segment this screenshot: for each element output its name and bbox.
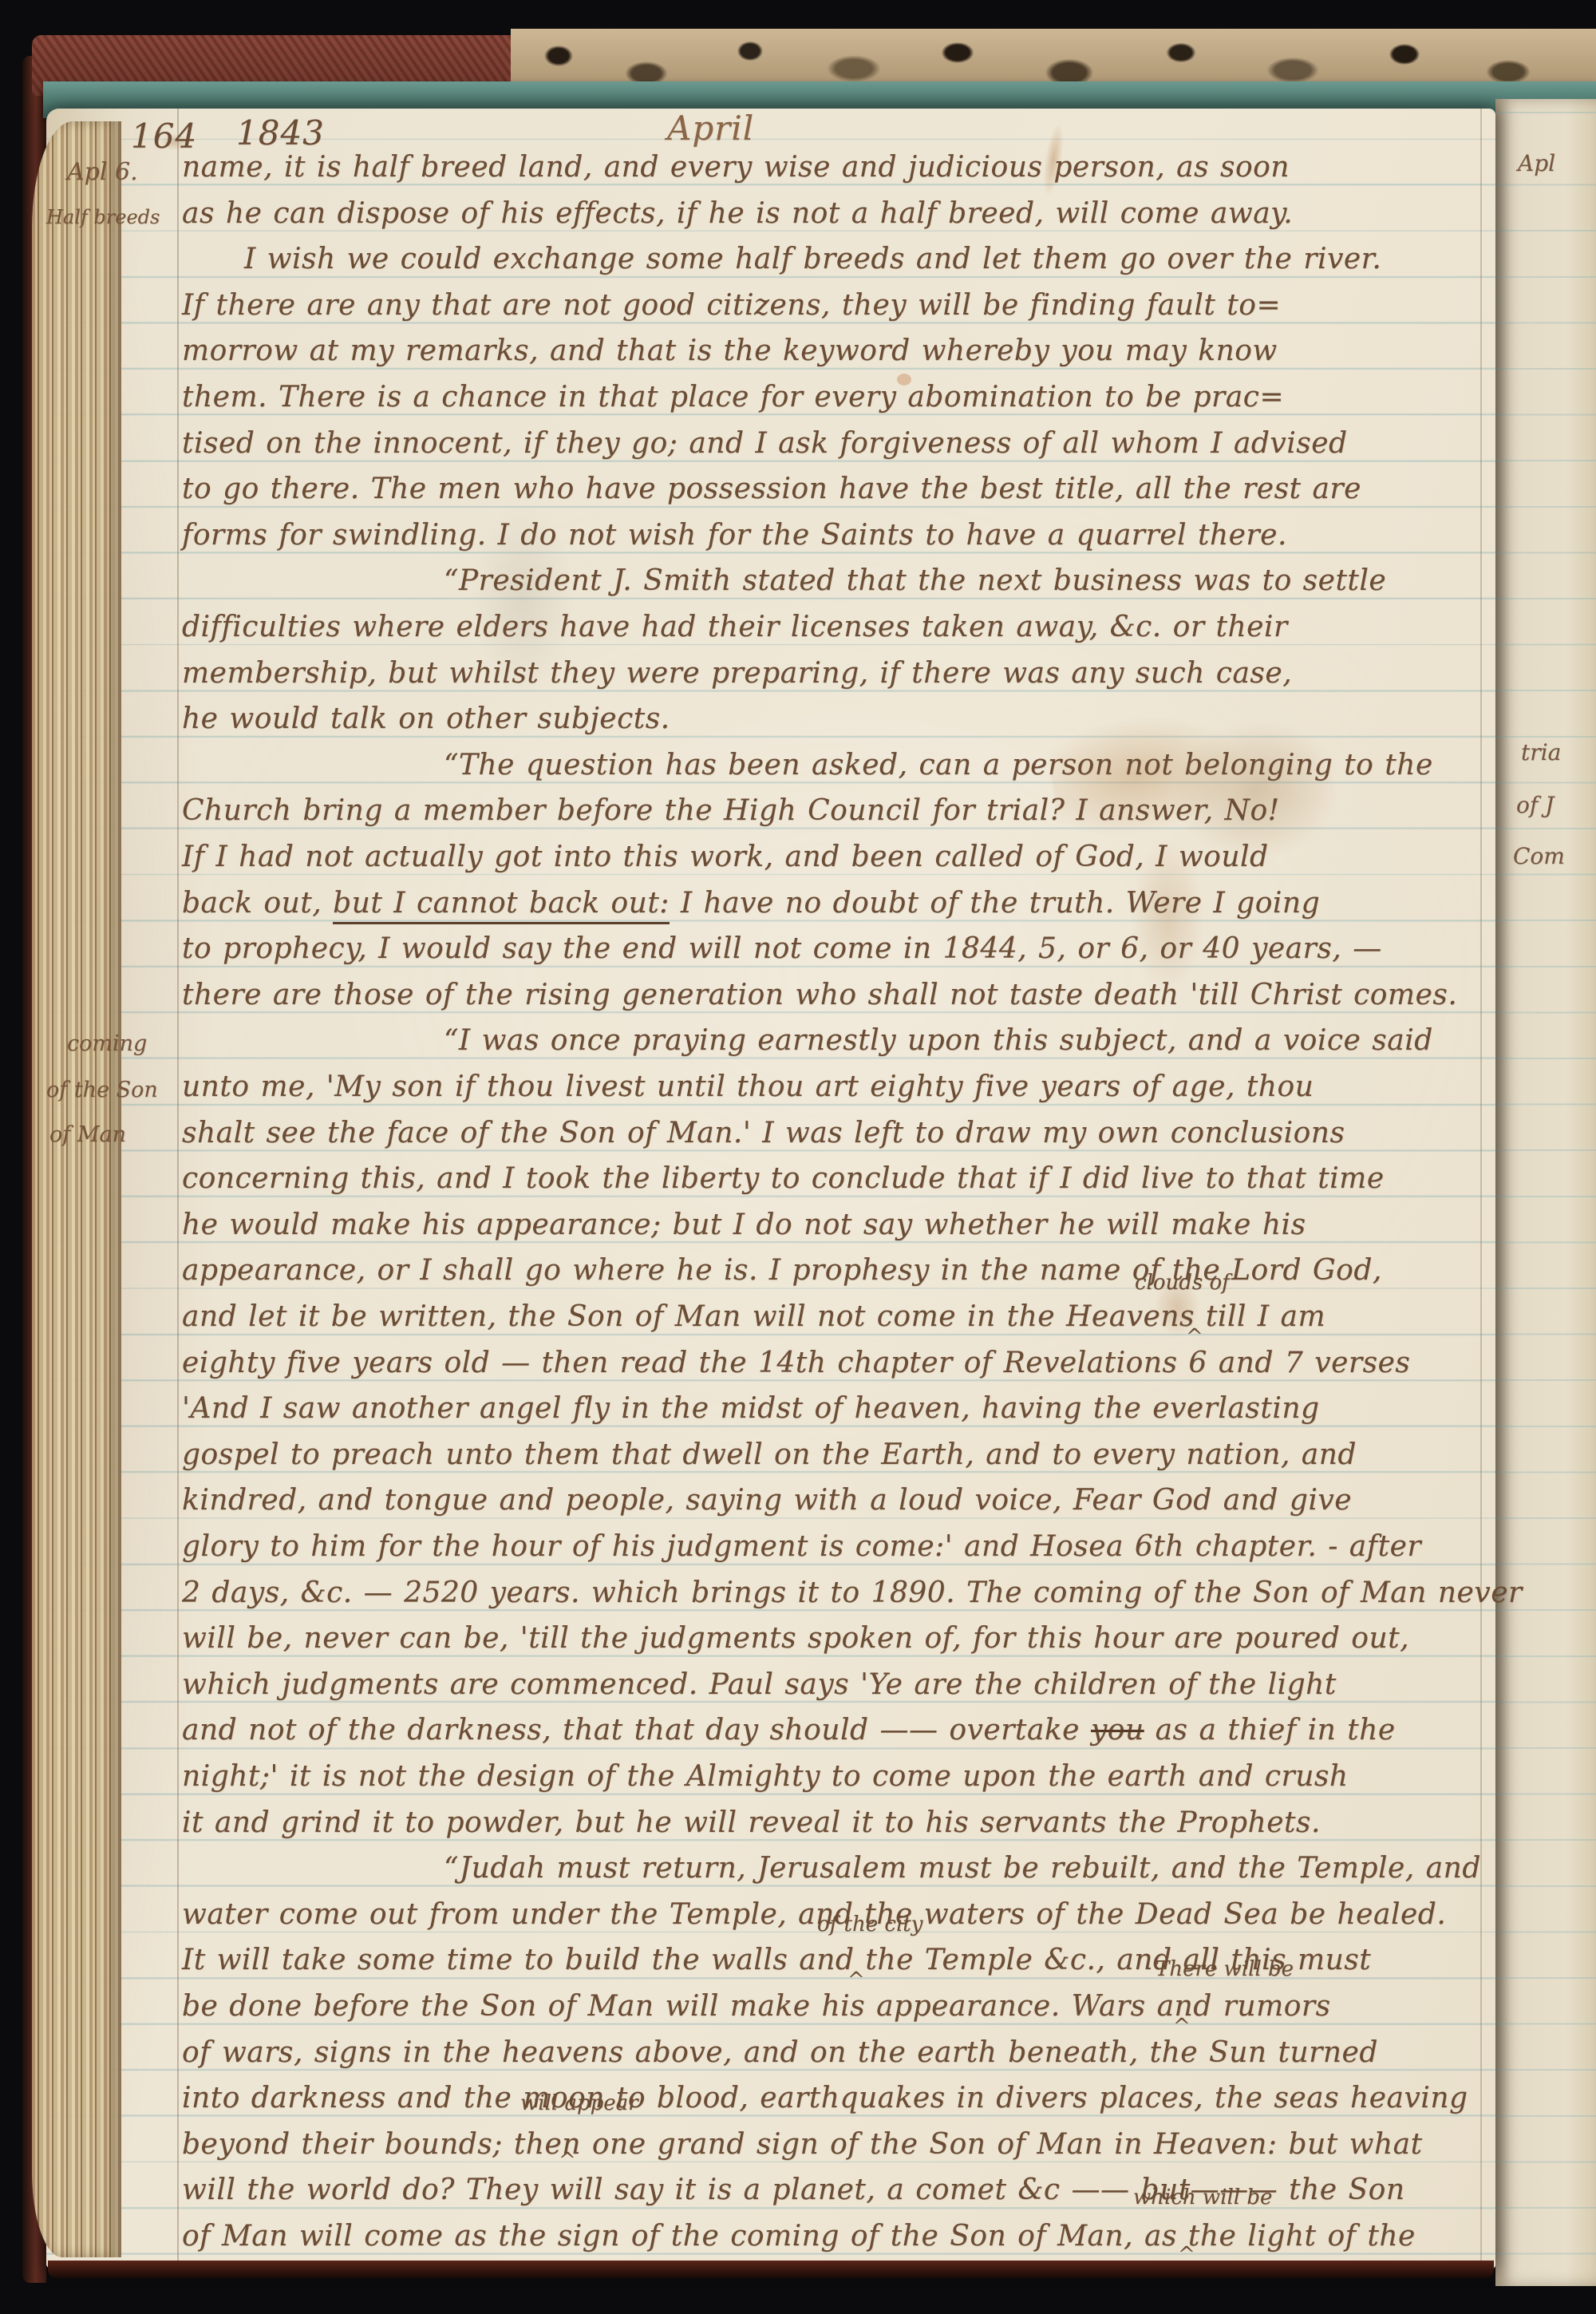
margin-note: of Man — [49, 1122, 126, 1147]
manuscript-line: “President J. Smith stated that the next… — [444, 562, 1386, 600]
manuscript-line: as he can dispose of his effects, if he … — [182, 195, 1293, 233]
manuscript-line: name, it is half breed land, and every w… — [182, 148, 1290, 187]
margin-note: Apl 6. — [67, 158, 138, 186]
manuscript-line: to go there. The men who have possession… — [182, 470, 1361, 508]
manuscript-line: 2 days, &c. — 2520 years. which brings i… — [182, 1574, 1523, 1612]
manuscript-line: morrow at my remarks, and that is the ke… — [182, 332, 1278, 370]
manuscript-line: If there are any that are not good citiz… — [182, 287, 1281, 325]
year-label: 1843 — [236, 113, 325, 152]
next-page-note: of J — [1516, 792, 1554, 818]
manuscript-line: be done before the Son of Man will make … — [182, 1988, 1331, 2026]
manuscript-line: “I was once praying earnestly upon this … — [444, 1022, 1433, 1060]
insertion-caret-mark: ^ — [847, 1968, 865, 1992]
book-bottom-edge — [48, 2261, 1494, 2278]
manuscript-line: I wish we could exchange some half breed… — [244, 240, 1381, 279]
manuscript-line: them. There is a chance in that place fo… — [182, 378, 1284, 417]
margin-note: Half breeds — [46, 206, 160, 228]
manuscript-line: kindred, and tongue and people, saying w… — [182, 1481, 1352, 1520]
manuscript-line: into darkness and the moon to blood, ear… — [182, 2079, 1468, 2118]
insertion-caret-mark: ^ — [1173, 2015, 1191, 2039]
inserted-text: will appear — [520, 2091, 638, 2115]
manuscript-line: night;' it is not the design of the Almi… — [182, 1758, 1349, 1796]
margin-note: of the Son — [46, 1078, 158, 1102]
manuscript-line: and let it be written, the Son of Man wi… — [182, 1298, 1325, 1336]
manuscript-line: which judgments are commenced. Paul says… — [182, 1666, 1337, 1704]
next-page-note: Com — [1513, 843, 1565, 869]
manuscript-line: “Judah must return, Jerusalem must be re… — [444, 1849, 1481, 1888]
manuscript-line: 'And I saw another angel fly in the mids… — [182, 1390, 1320, 1428]
manuscript-line: membership, but whilst they were prepari… — [182, 655, 1292, 693]
inserted-text: which will be — [1133, 2185, 1272, 2209]
manuscript-line: and not of the darkness, that that day s… — [182, 1711, 1396, 1750]
manuscript-line: unto me, 'My son if thou livest until th… — [182, 1068, 1314, 1106]
manuscript-line: If I had not actually got into this work… — [182, 838, 1269, 876]
next-page-note: Apl — [1518, 150, 1555, 176]
manuscript-line: gospel to preach unto them that dwell on… — [182, 1436, 1357, 1474]
manuscript-line: beyond their bounds; then one grand sign… — [182, 2126, 1423, 2164]
manuscript-line: shalt see the face of the Son of Man.' I… — [182, 1114, 1345, 1153]
inserted-text: of the city — [817, 1913, 922, 1936]
manuscript-line: there are those of the rising generation… — [182, 976, 1457, 1015]
insertion-caret-mark: ^ — [559, 2149, 576, 2173]
manuscript-line: water come out from under the Temple, an… — [182, 1896, 1446, 1934]
inserted-text: There will be — [1156, 1957, 1294, 1981]
manuscript-line: back out, but I cannot back out: I have … — [182, 884, 1320, 923]
manuscript-line: to prophecy, I would say the end will no… — [182, 930, 1382, 968]
manuscript-line: difficulties where elders have had their… — [182, 608, 1288, 647]
inserted-text: clouds of — [1135, 1271, 1230, 1295]
manuscript-line: of wars, signs in the heavens above, and… — [182, 2034, 1378, 2072]
page-edges-stack — [32, 121, 121, 2257]
left-margin-rule — [177, 109, 179, 2269]
insertion-caret-mark: ^ — [1186, 1325, 1203, 1349]
manuscript-line: “The question has been asked, can a pers… — [444, 746, 1433, 785]
manuscript-line: eighty five years old — then read the 14… — [182, 1344, 1410, 1382]
manuscript-line: will be, never can be, 'till the judgmen… — [182, 1620, 1409, 1658]
manuscript-line: forms for swindling. I do not wish for t… — [182, 516, 1287, 555]
margin-note: coming — [67, 1031, 147, 1056]
next-page-edge — [1495, 99, 1596, 2286]
next-page-note: tria — [1521, 739, 1561, 765]
manuscript-line: of Man will come as the sign of the comi… — [182, 2217, 1416, 2256]
manuscript-line: Church bring a member before the High Co… — [182, 792, 1280, 830]
manuscript-line: glory to him for the hour of his judgmen… — [182, 1528, 1421, 1566]
insertion-caret-mark: ^ — [1178, 2243, 1195, 2267]
manuscript-line: tised on the innocent, if they go; and I… — [182, 425, 1348, 463]
manuscript-line: concerning this, and I took the liberty … — [182, 1160, 1385, 1198]
manuscript-line: he would talk on other subjects. — [182, 700, 670, 738]
journal-photograph: 164 1843 April name, it is half breed la… — [0, 0, 1596, 2314]
right-margin-rule — [1480, 109, 1482, 2269]
manuscript-line: he would make his appearance; but I do n… — [182, 1206, 1306, 1244]
month-header: April — [667, 109, 754, 148]
manuscript-line: it and grind it to powder, but he will r… — [182, 1804, 1321, 1842]
